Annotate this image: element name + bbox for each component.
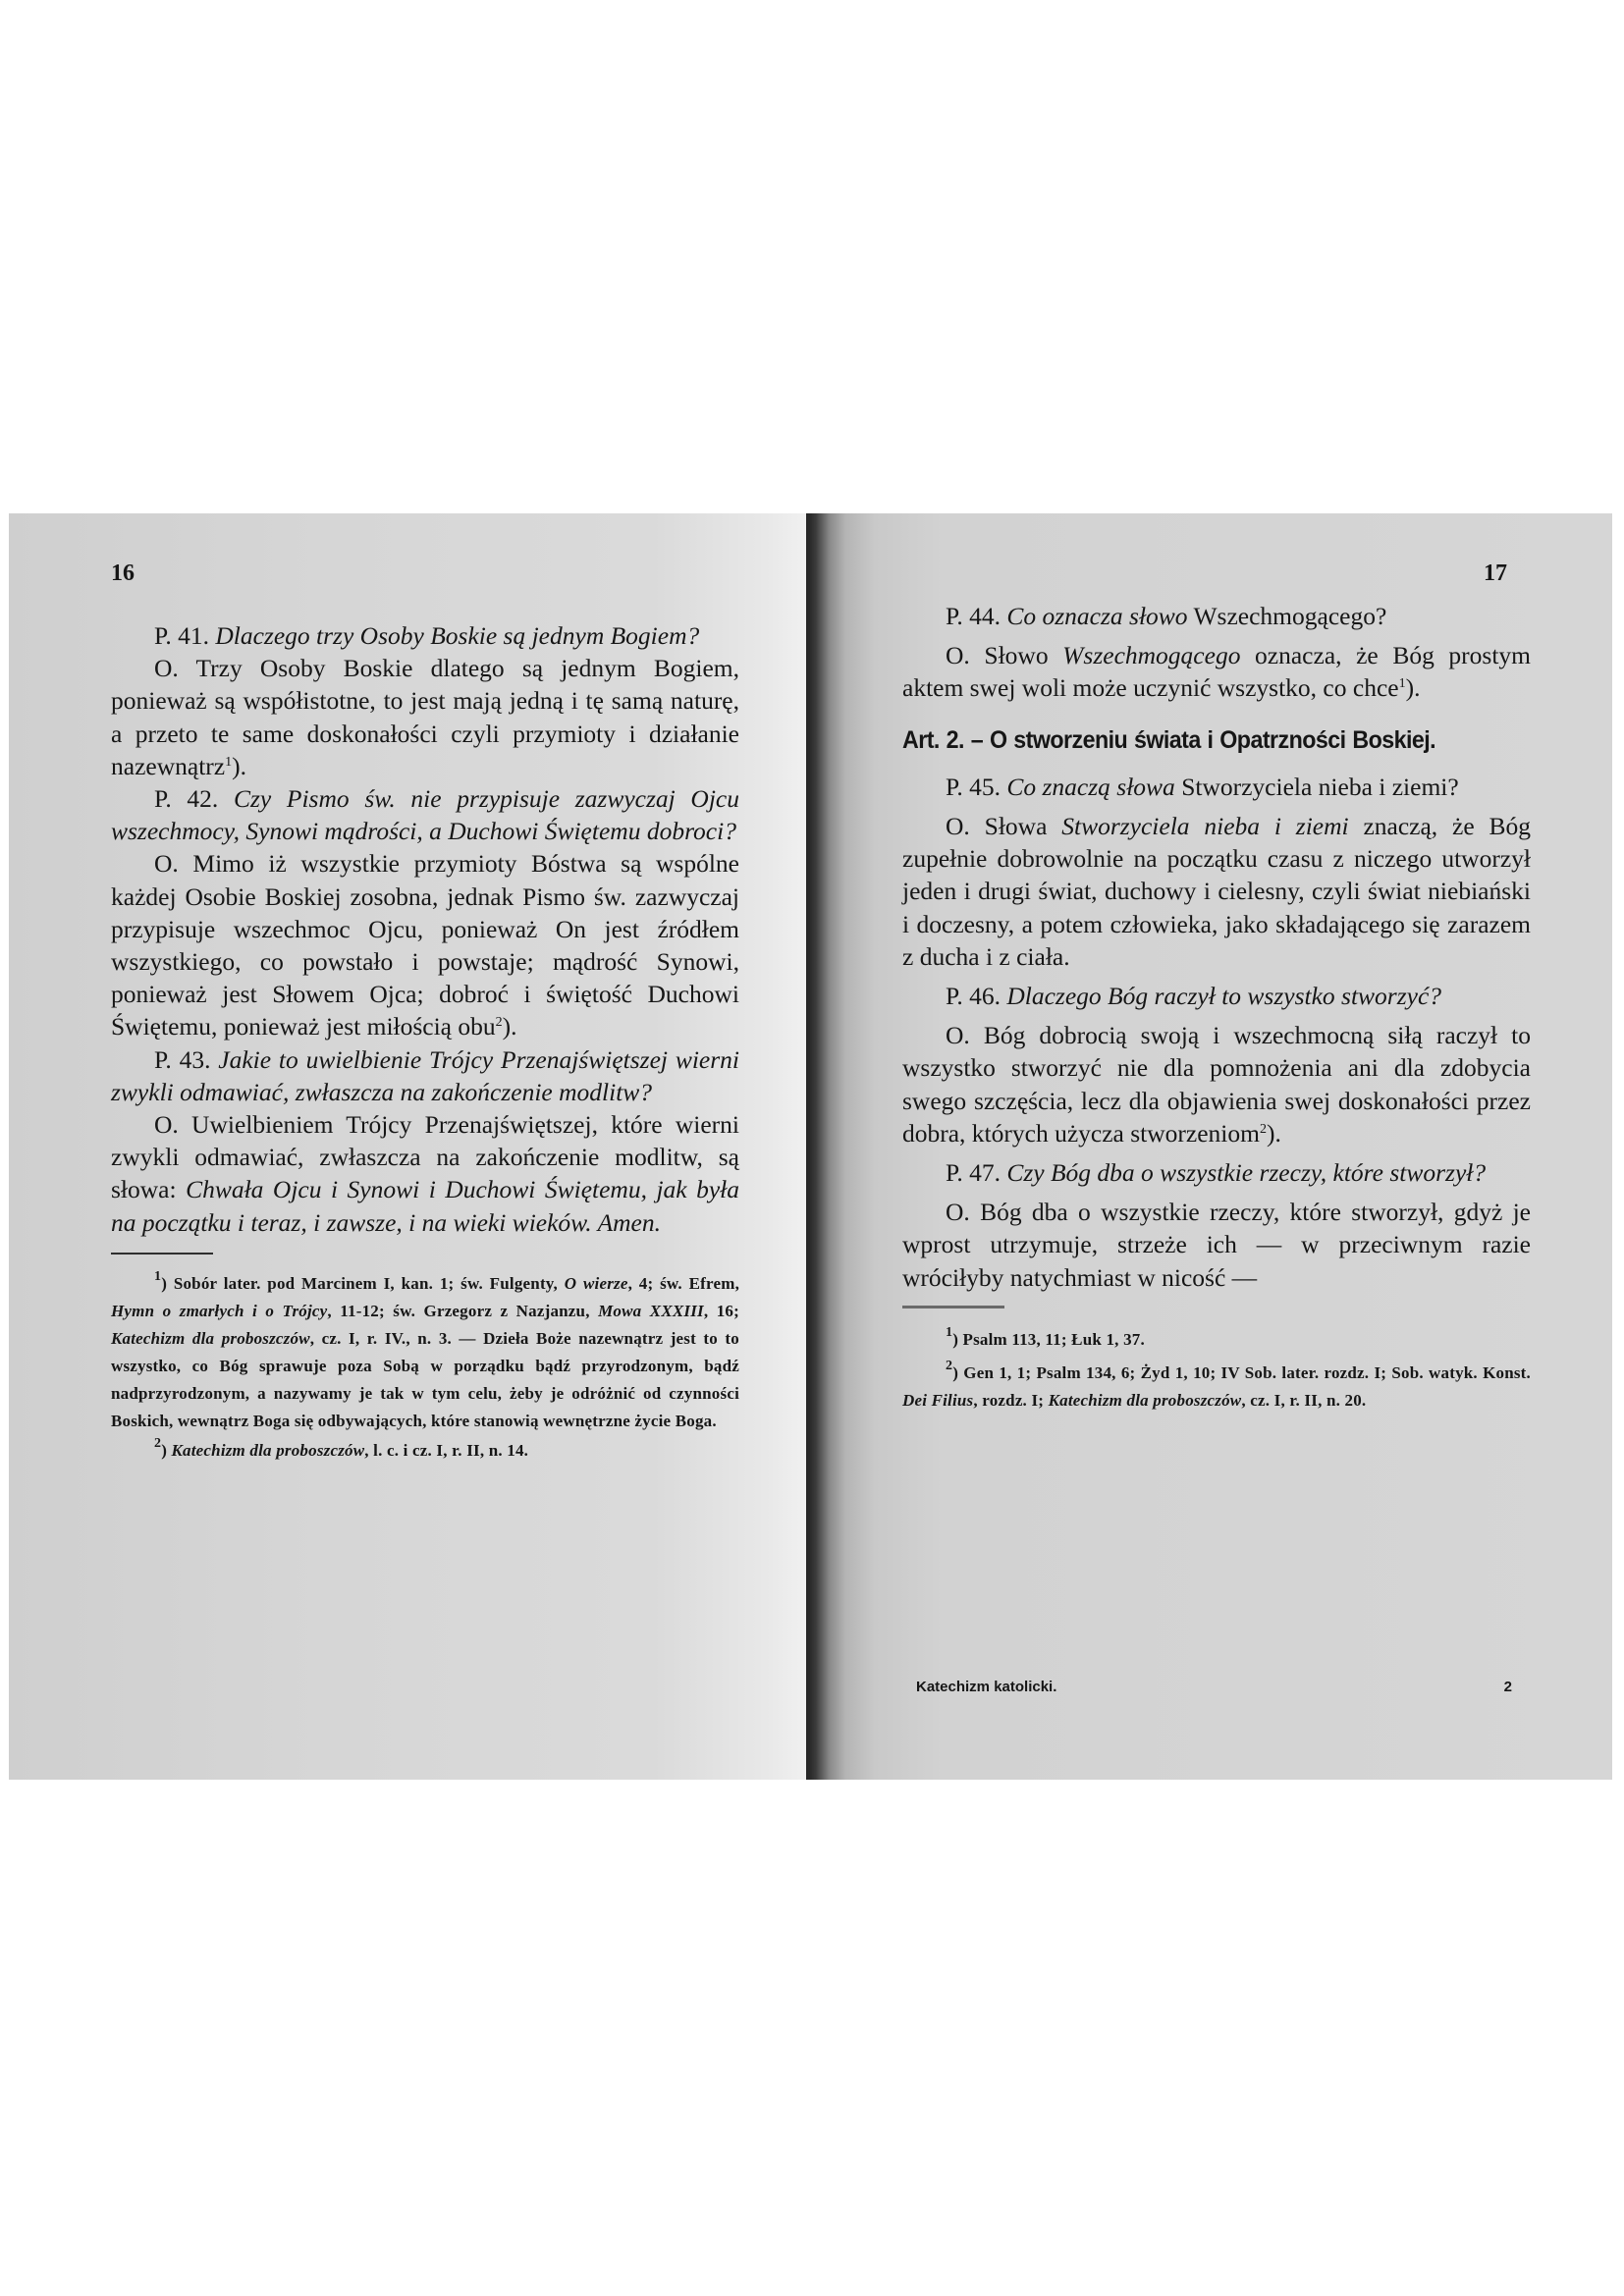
right-page: 17 P. 44. Co oznacza słowo Wszechmogąceg… (806, 513, 1612, 1780)
answer-label: O. (946, 1021, 984, 1049)
answer-paragraph: O. Mimo iż wszystkie przymioty Bóstwa są… (111, 847, 739, 1042)
answer-text: Trzy Osoby Boskie dlatego są jednym Bogi… (111, 654, 739, 780)
answer-paragraph: O. Trzy Osoby Boskie dlatego są jednym B… (111, 652, 739, 782)
punctuation: ). (1267, 1119, 1281, 1148)
footnote-text: , 11-12; św. Grzegorz z Nazjanzu, (327, 1302, 598, 1320)
punctuation: ). (503, 1012, 517, 1041)
question-paragraph: P. 46. Dlaczego Bóg raczył to wszystko s… (902, 980, 1531, 1012)
answer-paragraph: O. Słowa Stworzyciela nieba i ziemi znac… (902, 810, 1531, 973)
question-number: P. 46. (946, 982, 1006, 1010)
footnote-text: Sobór later. pod Marcinem I, kan. 1; św.… (174, 1274, 565, 1293)
footnote-mark-paren: ) (161, 1274, 174, 1293)
left-page-footnotes: 1) Sobór later. pod Marcinem I, kan. 1; … (111, 1270, 739, 1465)
punctuation: ). (1406, 673, 1421, 702)
footnote: 1) Sobór later. pod Marcinem I, kan. 1; … (111, 1270, 739, 1435)
question-number: P. 47. (946, 1158, 1006, 1187)
footnote-text: Gen 1, 1; Psalm 134, 6; Żyd 1, 10; IV So… (963, 1363, 1531, 1382)
footnote-reference: 1 (1399, 676, 1406, 691)
footnote-separator (902, 1306, 1004, 1308)
article-heading: Art. 2. – O stworzeniu świata i Opatrzno… (902, 724, 1487, 757)
left-page: 16 P. 41. Dlaczego trzy Osoby Boskie są … (9, 513, 814, 1780)
signature-sheet-number: 2 (1504, 1679, 1512, 1695)
footnote-text: , l. c. i cz. I, r. II, n. 14. (364, 1441, 528, 1460)
footnote-text: Katechizm dla proboszczów (1049, 1391, 1242, 1410)
footnote-text: Psalm 113, 11; Łuk 1, 37. (963, 1330, 1145, 1349)
answer-text: Mimo iż wszystkie przymioty Bóstwa są ws… (111, 849, 739, 1041)
printer-signature: Katechizm katolicki. 2 (902, 1679, 1512, 1695)
footnote-mark-paren: ) (161, 1441, 171, 1460)
answer-paragraph: O. Słowo Wszechmogącego oznacza, że Bóg … (902, 639, 1531, 704)
page-number-right: 17 (1484, 561, 1507, 587)
footnote-mark-paren: ) (952, 1330, 962, 1349)
question-number: P. 44. (946, 602, 1006, 630)
footnote-text: , 4; św. Efrem, (628, 1274, 739, 1293)
answer-label: O. (154, 849, 192, 878)
text-run: Czy Bóg dba o wszystkie rzeczy, które st… (1006, 1158, 1486, 1187)
punctuation: ). (232, 752, 246, 780)
right-page-paragraphs: P. 45. Co znaczą słowa Stworzyciela nieb… (902, 771, 1531, 1294)
text-run: Co znaczą słowa (1006, 773, 1174, 801)
question-text: Dlaczego trzy Osoby Boskie są jednym Bog… (215, 621, 699, 650)
footnote-text: , cz. I, r. II, n. 20. (1241, 1391, 1366, 1410)
footnote: 2) Katechizm dla proboszczów, l. c. i cz… (111, 1437, 739, 1465)
answer-label: O. (154, 1110, 191, 1139)
left-page-paragraphs: P. 41. Dlaczego trzy Osoby Boskie są jed… (111, 619, 739, 1239)
footnote-separator (111, 1253, 213, 1255)
footnote-reference: 2 (1260, 1122, 1267, 1137)
signature-title: Katechizm katolicki. (916, 1679, 1056, 1695)
text-run: Dlaczego Bóg raczył to wszystko stworzyć… (1006, 982, 1441, 1010)
right-page-body: P. 44. Co oznacza słowo Wszechmogącego?O… (902, 600, 1531, 1420)
footnote: 2) Gen 1, 1; Psalm 134, 6; Żyd 1, 10; IV… (902, 1360, 1531, 1415)
book-gutter (806, 513, 809, 1780)
footnote-text: Mowa XXXIII (598, 1302, 704, 1320)
footnote-text: Dei Filius (902, 1391, 973, 1410)
book-scan: 16 P. 41. Dlaczego trzy Osoby Boskie są … (9, 513, 1612, 1780)
footnote-text: Katechizm dla proboszczów (172, 1441, 365, 1460)
page-number-left: 16 (111, 561, 135, 587)
text-run: Bóg dobrocią swoją i wszechmocną siłą ra… (902, 1021, 1531, 1148)
answer-label: O. (946, 812, 985, 840)
footnote-text: O wierze (565, 1274, 628, 1293)
text-run: Słowo (984, 641, 1062, 669)
text-run: Wszechmogącego? (1188, 602, 1387, 630)
text-run: Bóg dba o wszystkie rzeczy, które stworz… (902, 1198, 1531, 1291)
footnote-mark-paren: ) (952, 1363, 963, 1382)
question-paragraph: P. 47. Czy Bóg dba o wszystkie rzeczy, k… (902, 1156, 1531, 1189)
answer-paragraph: O. Uwielbieniem Trójcy Przenajświętszej,… (111, 1108, 739, 1239)
left-page-body: P. 41. Dlaczego trzy Osoby Boskie są jed… (111, 619, 739, 1467)
question-paragraph: P. 45. Co znaczą słowa Stworzyciela nieb… (902, 771, 1531, 803)
right-page-paragraphs-top: P. 44. Co oznacza słowo Wszechmogącego?O… (902, 600, 1531, 705)
doxology-text: Chwała Ojcu i Synowi i Duchowi Świętemu,… (111, 1175, 739, 1236)
footnote: 1) Psalm 113, 11; Łuk 1, 37. (902, 1326, 1531, 1354)
answer-label: O. (154, 654, 195, 682)
answer-label: O. (946, 1198, 980, 1226)
text-run: Co oznacza słowo (1006, 602, 1187, 630)
footnote-text: , 16; (704, 1302, 739, 1320)
question-paragraph: P. 44. Co oznacza słowo Wszechmogącego? (902, 600, 1531, 632)
footnote-text: Katechizm dla proboszczów (111, 1329, 310, 1348)
question-number: P. 45. (946, 773, 1006, 801)
text-run: Stworzyciela nieba i ziemi? (1175, 773, 1459, 801)
question-paragraph: P. 41. Dlaczego trzy Osoby Boskie są jed… (111, 619, 739, 652)
answer-label: O. (946, 641, 984, 669)
question-number: P. 41. (154, 621, 215, 650)
question-number: P. 43. (154, 1045, 218, 1074)
text-run: Stworzyciela nieba i ziemi (1061, 812, 1348, 840)
text-run: Wszechmogącego (1062, 641, 1240, 669)
right-page-footnotes: 1) Psalm 113, 11; Łuk 1, 37.2) Gen 1, 1;… (902, 1326, 1531, 1415)
answer-paragraph: O. Bóg dba o wszystkie rzeczy, które stw… (902, 1196, 1531, 1294)
footnote-text: , rozdz. I; (973, 1391, 1048, 1410)
footnote-text: Hymn o zmarłych i o Trójcy (111, 1302, 327, 1320)
question-paragraph: P. 42. Czy Pismo św. nie przypisuje zazw… (111, 782, 739, 847)
question-number: P. 42. (154, 784, 234, 813)
question-paragraph: P. 43. Jakie to uwielbienie Trójcy Przen… (111, 1043, 739, 1108)
text-run: Słowa (985, 812, 1062, 840)
answer-paragraph: O. Bóg dobrocią swoją i wszechmocną siłą… (902, 1019, 1531, 1149)
footnote-reference: 2 (496, 1015, 503, 1030)
